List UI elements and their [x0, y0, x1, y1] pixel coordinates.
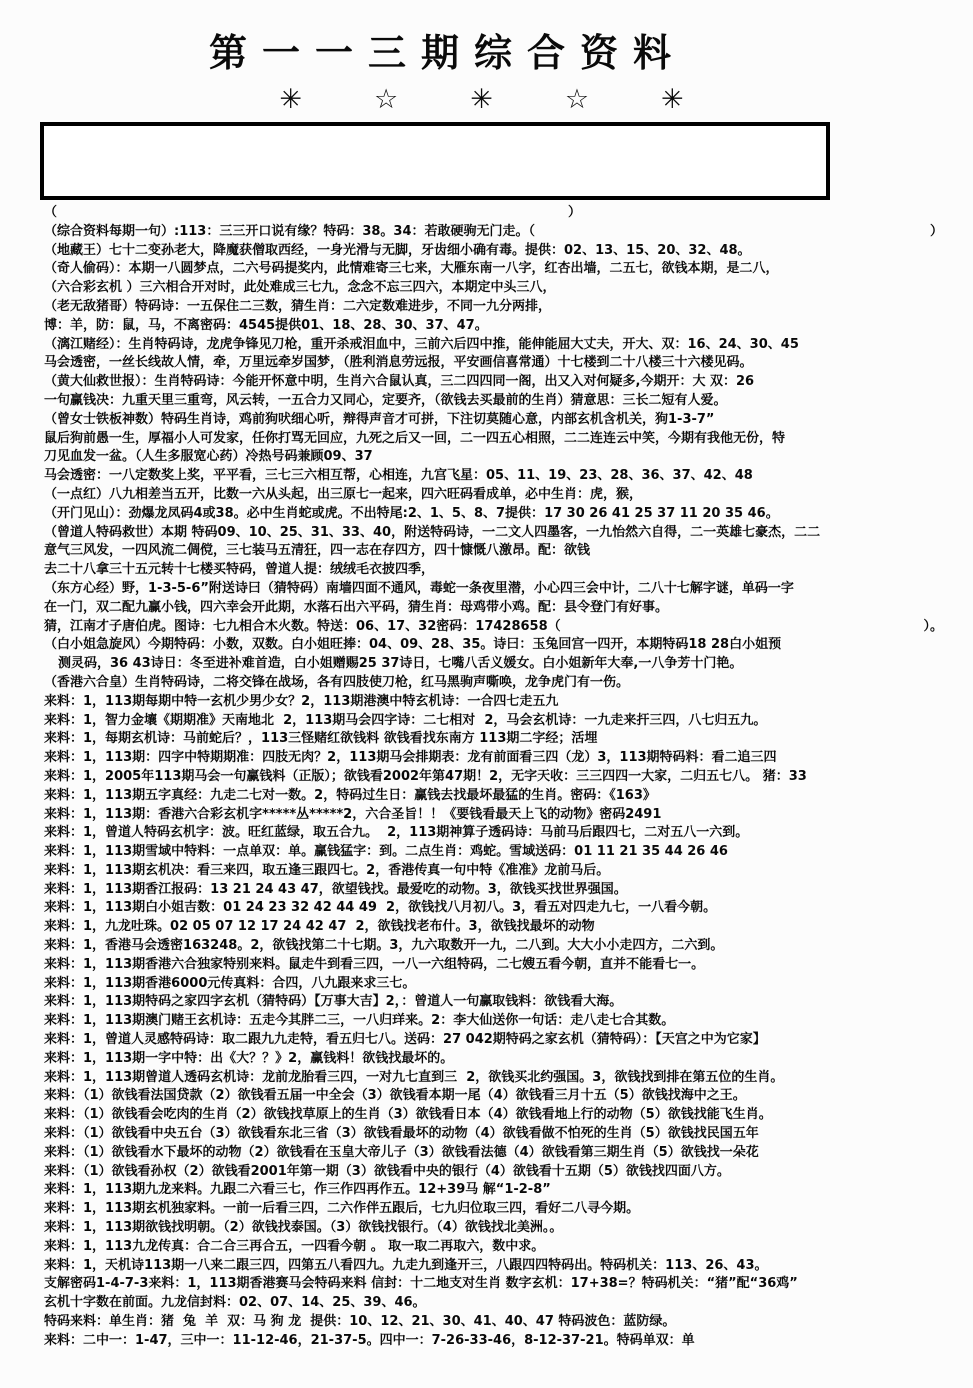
- text-line: 来料：1，113期每期中特一玄机少男少女？2，113期港澳中特玄机诗：一合四七走…: [44, 693, 973, 712]
- page-title: 第一一三期综合资料: [0, 26, 973, 80]
- text-line: （地藏王）七十二变孙老大，降魔获僧取西经，一身光滑与无脚，牙齿细小确有毒。提供：…: [44, 242, 973, 261]
- line-text: （奇人偷码）：本期一八圆梦点，二六号码提奖内，此情难寄三七来，大雁东南一八字，红…: [44, 260, 779, 279]
- text-line: 来料：1，113期曾道人透码玄机诗：龙前龙胎看三四，一对九七直到三 2，欲钱买北…: [44, 1069, 973, 1088]
- text-line: 来料：（1）欲钱看法国贷款（2）欲钱看五届一中全会（3）欲钱看本期一尾（4）欲钱…: [44, 1087, 973, 1106]
- line-text: 来料：（1）欲钱看法国贷款（2）欲钱看五届一中全会（3）欲钱看本期一尾（4）欲钱…: [44, 1087, 746, 1106]
- line-text: 来料：1，113期香港六合独家特别来料。鼠走牛到看三四，一八一六组特码，二七嫂五…: [44, 956, 704, 975]
- line-text: （: [44, 204, 57, 223]
- line-text: 马会透密：一八定数奖上奖，平平看，三七三六相互帮，心相连，九宫飞星：05、11、…: [44, 467, 753, 486]
- text-line: （）: [44, 204, 973, 223]
- line-text: 来料：1，113期白小姐吉数：01 24 23 32 42 44 49 2，欲钱…: [44, 899, 716, 918]
- line-text: 特码来料：单生肖：猪 兔 羊 双：马 狗 龙 提供：10、12、21、30、41…: [44, 1313, 675, 1332]
- text-line: 来料：1，113期九龙来料。九跟二六看三七，作三作四再作五。12+39马 解“1…: [44, 1181, 973, 1200]
- text-line: 博：羊，防：鼠，马，不离密码：4545提供01、18、28、30、37、47。: [44, 317, 973, 336]
- asterisk-icon: ✳: [279, 86, 302, 113]
- line-text: 来料：1，113九龙传真：合二合三再合五，一四看今朝 。 取一取二再取六，数中求…: [44, 1238, 544, 1257]
- text-line: 测灵码，36 43诗日：冬至进补难首造，白小姐赠赐25 37诗日，七嘴八舌义媛女…: [44, 655, 973, 674]
- line-text: 来料：1，113期澳门赌王玄机诗：五走今其胖二三，一八归珜来。2：李大仙送你一句…: [44, 1012, 674, 1031]
- line-text: 来料：1，113期特码之家四字玄机（猜特码）【万事大吉】2，：曾道人一句赢取钱料…: [44, 993, 622, 1012]
- text-line: 来料：1，113九龙传真：合二合三再合五，一四看今朝 。 取一取二再取六，数中求…: [44, 1238, 973, 1257]
- line-text: 意气三风发，一四风流二倜傥，三七装马五清狂，四一志在存四方，四十慷慨八激昂。配：…: [44, 542, 590, 561]
- text-line: 来料：1，113期：香港六合彩玄机字*****丛*****2，六合圣旨！！《要钱…: [44, 806, 973, 825]
- line-text: 鼠后狗前愚一生，厚福小人可发家，任你打骂无回应，九死之后又一回，二一四五心相照，…: [44, 430, 785, 449]
- line-text: （白小姐急旋风）今期特码：小数，双数。白小姐旺捧：04、09、28、35。诗曰：…: [44, 636, 781, 655]
- content-lines: （）（综合资料每期一句）:113：三三开口说有缘？特码：38。34：若敢硬驹无门…: [44, 204, 973, 1351]
- star-icon: ☆: [565, 86, 589, 113]
- line-text: 来料：1，113期曾道人透码玄机诗：龙前龙胎看三四，一对九七直到三 2，欲钱买北…: [44, 1069, 783, 1088]
- line-text: 来料：（1）欲钱看会吃肉的生肖（2）欲钱找草原上的生肖（3）欲钱看日本（4）欲钱…: [44, 1106, 772, 1125]
- line-text: 来料：1，113期欲钱找明朝。（2）欲钱找泰国。（3）欲钱找银行。（4）欲钱找北…: [44, 1219, 562, 1238]
- text-line: 来料：1，天机诗113期一八来二跟三四，四第五八看四九。九走九到逢开三，八跟四四…: [44, 1257, 973, 1276]
- line-text: （曾道人特码救世）本期 特码09、10、25、31、33、40，附送特码诗，一二…: [44, 524, 820, 543]
- text-line: 鼠后狗前愚一生，厚福小人可发家，任你打骂无回应，九死之后又一回，二一四五心相照，…: [44, 430, 973, 449]
- line-text: （开门见山）：劲爆龙凤码4或38。必中生肖蛇或虎。不出特尾:2、1、5、8、7提…: [44, 505, 779, 524]
- closing-paren: ）: [568, 204, 581, 223]
- asterisk-icon: ✳: [661, 86, 684, 113]
- text-line: （白小姐急旋风）今期特码：小数，双数。白小姐旺捧：04、09、28、35。诗曰：…: [44, 636, 973, 655]
- line-text: 来料：1，113期玄机独家料。一前一后看三四，二六作伴五跟后，七九归位取三四，看…: [44, 1200, 639, 1219]
- text-line: 来料：1，113期：四字中特期期准：四肢无肉？2，113期马会排期表：龙有前面看…: [44, 749, 973, 768]
- headline-box: [40, 122, 830, 200]
- closing-paren: ）。: [923, 618, 973, 637]
- text-line: （开门见山）：劲爆龙凤码4或38。必中生肖蛇或虎。不出特尾:2、1、5、8、7提…: [44, 505, 973, 524]
- line-text: 来料：1，113期香江报码：13 21 24 43 47，欲望钱找。最爱吃的动物…: [44, 881, 627, 900]
- text-line: 来料：1，香港马会透密163248。2，欲钱找第二十七期。3，九六取数开一九，二…: [44, 937, 973, 956]
- line-text: （曾女士铁板神数）特码生肖诗，鸡前狗吠细心听，辩得声音才可拼，下注切莫随心意，内…: [44, 411, 714, 430]
- star-icon: ☆: [374, 86, 398, 113]
- text-line: 去二十八拿三十五元转十七楼买特码，曾道人提：绒绒毛衣披四季，: [44, 561, 973, 580]
- decor-symbols: ✳☆✳☆✳: [0, 82, 973, 116]
- line-text: 来料：1，香港马会透密163248。2，欲钱找第二十七期。3，九六取数开一九，二…: [44, 937, 723, 956]
- line-text: 来料：1，113期五字真经：九走二七对一数。2，特码过生日：赢钱去找最坏最猛的生…: [44, 787, 656, 806]
- text-line: 来料：1，113期白小姐吉数：01 24 23 32 42 44 49 2，欲钱…: [44, 899, 973, 918]
- text-line: （黄大仙救世报）：生肖特码诗：今能开怀意中明，生肖六合鼠认真，三二四四同一阁，出…: [44, 373, 973, 392]
- line-text: 来料：1，113期一字中特：出《大？？》2，赢钱料！欲钱找最坏的。: [44, 1050, 453, 1069]
- text-line: 来料：1，智力金壤《期期准》天南地北 2，113期马会四字诗：二七相对 2，马会…: [44, 712, 973, 731]
- text-line: （六合彩玄机 ）三六相合开对时，此处难成三七九，念念不忘三四六，本期定中头三八，: [44, 279, 973, 298]
- text-line: 猜，江南才子唐伯虎。图诗：七九相合木火数。特送：06、17、32密码：17428…: [44, 618, 973, 637]
- line-text: 来料：1，113期九龙来料。九跟二六看三七，作三作四再作五。12+39马 解“1…: [44, 1181, 551, 1200]
- line-text: （一点红）八九相差当五开，比数一六从头起，出三原七一起来，四六旺码看成单，必中生…: [44, 486, 642, 505]
- text-line: （一点红）八九相差当五开，比数一六从头起，出三原七一起来，四六旺码看成单，必中生…: [44, 486, 973, 505]
- text-line: 刀见血发一盆。（人生多服宽心药）冷热号码兼顾09、37: [44, 448, 973, 467]
- line-text: 来料：（1）欲钱看中央五台（3）欲钱看东北三省（3）欲钱看最坏的动物（4）欲钱看…: [44, 1125, 759, 1144]
- line-text: 来料：1，2005年113期马会一句赢钱料（正版）；欲钱看2002年第47期！2…: [44, 768, 807, 787]
- text-line: （漓江赌经）：生肖特码诗，龙虎争锋见刀枪，重开杀戒泪血中，三前六后四中推，能伸能…: [44, 336, 973, 355]
- text-line: 来料：1，113期香港6000元传真料：合四，八九跟来求三七。: [44, 975, 973, 994]
- line-text: 猜，江南才子唐伯虎。图诗：七九相合木火数。特送：06、17、32密码：17428…: [44, 618, 561, 637]
- line-text: 来料：1，113期玄机决：看三来四，取五逢三跟四七。2，香港传真一句中特《准准》…: [44, 862, 609, 881]
- text-line: 来料：1，113期特码之家四字玄机（猜特码）【万事大吉】2，：曾道人一句赢取钱料…: [44, 993, 973, 1012]
- line-text: 来料：1，113期：四字中特期期准：四肢无肉？2，113期马会排期表：龙有前面看…: [44, 749, 777, 768]
- document-page: 第一一三期综合资料 ✳☆✳☆✳ （）（综合资料每期一句）:113：三三开口说有缘…: [0, 0, 973, 1351]
- text-line: 来料：1，113期玄机决：看三来四，取五逢三跟四七。2，香港传真一句中特《准准》…: [44, 862, 973, 881]
- line-text: 支解密码1-4-7-3来料：1，113期香港赛马会特码来料 信封：十二地支对生肖…: [44, 1275, 798, 1294]
- text-line: 来料：1，113期玄机独家料。一前一后看三四，二六作伴五跟后，七九归位取三四，看…: [44, 1200, 973, 1219]
- text-line: 来料：1，113期五字真经：九走二七对一数。2，特码过生日：赢钱去找最坏最猛的生…: [44, 787, 973, 806]
- text-line: 来料：二中一：1-47，三中一：11-12-46，21-37-5。四中一：7-2…: [44, 1332, 973, 1351]
- text-line: 来料：（1）欲钱看中央五台（3）欲钱看东北三省（3）欲钱看最坏的动物（4）欲钱看…: [44, 1125, 973, 1144]
- text-line: 在一门，双二配九赢小钱，四六幸会开此期，水落石出六平码，猜生肖：母鸡带小鸡。配：…: [44, 599, 973, 618]
- line-text: 马会透密，一丝长线故人情，牵，万里远牵岁国梦，（胜利消息劳远报，平安画信喜常通）…: [44, 354, 753, 373]
- text-line: 来料：（1）欲钱看水下最坏的动物（2）欲钱看在玉皇大帝儿子（3）欲钱看法德（4）…: [44, 1144, 973, 1163]
- text-line: 一句赢钱决：九重天里三重弯，风云转，一五合力又同心，定要齐，（欲钱去买最前的生肖…: [44, 392, 973, 411]
- asterisk-icon: ✳: [470, 86, 493, 113]
- line-text: 在一门，双二配九赢小钱，四六幸会开此期，水落石出六平码，猜生肖：母鸡带小鸡。配：…: [44, 599, 668, 618]
- line-text: 来料：1，智力金壤《期期准》天南地北 2，113期马会四字诗：二七相对 2，马会…: [44, 712, 766, 731]
- line-text: 来料：（1）欲钱看水下最坏的动物（2）欲钱看在玉皇大帝儿子（3）欲钱看法德（4）…: [44, 1144, 759, 1163]
- text-line: （老无敌猪哥）特码诗：一五保住二三数，猜生肖：二六定数难进步，不同一九分两排，: [44, 298, 973, 317]
- line-text: 刀见血发一盆。（人生多服宽心药）冷热号码兼顾09、37: [44, 448, 373, 467]
- text-line: 来料：1，113期香港六合独家特别来料。鼠走牛到看三四，一八一六组特码，二七嫂五…: [44, 956, 973, 975]
- text-line: 支解密码1-4-7-3来料：1，113期香港赛马会特码来料 信封：十二地支对生肖…: [44, 1275, 973, 1294]
- line-text: 来料：1，113期每期中特一玄机少男少女？2，113期港澳中特玄机诗：一合四七走…: [44, 693, 558, 712]
- line-text: 去二十八拿三十五元转十七楼买特码，曾道人提：绒绒毛衣披四季，: [44, 561, 434, 580]
- line-text: 来料：1，曾道人灵感特码诗：取二跟九九走特，看五归七八。送码：27 042期特码…: [44, 1031, 766, 1050]
- text-line: （香港六合皇）生肖特码诗，二将交锋在战场，各有四肢使刀枪，红马黑驹声嘶唤，龙争虎…: [44, 674, 973, 693]
- line-text: 一句赢钱决：九重天里三重弯，风云转，一五合力又同心，定要齐，（欲钱去买最前的生肖…: [44, 392, 727, 411]
- text-line: 来料：（1）欲钱看会吃肉的生肖（2）欲钱找草原上的生肖（3）欲钱看日本（4）欲钱…: [44, 1106, 973, 1125]
- text-line: 来料：1，曾道人特码玄机字：波。旺红蓝绿，取五合九。 2，113期神算子透码诗：…: [44, 824, 973, 843]
- text-line: （综合资料每期一句）:113：三三开口说有缘？特码：38。34：若敢硬驹无门走。…: [44, 223, 973, 242]
- text-line: 来料：1，113期香江报码：13 21 24 43 47，欲望钱找。最爱吃的动物…: [44, 881, 973, 900]
- line-text: 玄机十字数在前面。九龙信封料：02、07、14、25、39、46。: [44, 1294, 426, 1313]
- text-line: （曾女士铁板神数）特码生肖诗，鸡前狗吠细心听，辩得声音才可拼，下注切莫随心意，内…: [44, 411, 973, 430]
- text-line: 来料：1，113期一字中特：出《大？？》2，赢钱料！欲钱找最坏的。: [44, 1050, 973, 1069]
- text-line: （奇人偷码）：本期一八圆梦点，二六号码提奖内，此情难寄三七来，大雁东南一八字，红…: [44, 260, 973, 279]
- closing-paren: ）: [930, 223, 973, 242]
- line-text: （香港六合皇）生肖特码诗，二将交锋在战场，各有四肢使刀枪，红马黑驹声嘶唤，龙争虎…: [44, 674, 629, 693]
- line-text: （综合资料每期一句）:113：三三开口说有缘？特码：38。34：若敢硬驹无门走。…: [44, 223, 535, 242]
- line-text: （东方心经）野，1-3-5-6”附送诗曰（猜特码）南墙四面不通风，毒蛇一条夜里潜…: [44, 580, 794, 599]
- text-line: 特码来料：单生肖：猪 兔 羊 双：马 狗 龙 提供：10、12、21、30、41…: [44, 1313, 973, 1332]
- line-text: （六合彩玄机 ）三六相合开对时，此处难成三七九，念念不忘三四六，本期定中头三八，: [44, 279, 556, 298]
- text-line: （曾道人特码救世）本期 特码09、10、25、31、33、40，附送特码诗，一二…: [44, 524, 973, 543]
- text-line: 马会透密，一丝长线故人情，牵，万里远牵岁国梦，（胜利消息劳远报，平安画信喜常通）…: [44, 354, 973, 373]
- text-line: 来料：1，113期雪域中特料：一点单双：单。赢钱猛字：到。二点生肖：鸡蛇。雪域送…: [44, 843, 973, 862]
- text-line: 马会透密：一八定数奖上奖，平平看，三七三六相互帮，心相连，九宫飞星：05、11、…: [44, 467, 973, 486]
- line-text: 来料：1，每期玄机诗：马前蛇后？，113三怪赌红欲钱料 欲钱看找东南方 113期…: [44, 730, 597, 749]
- line-text: 来料：（1）欲钱看孙权（2）欲钱看2001年第一期（3）欲钱看中央的银行（4）欲…: [44, 1163, 730, 1182]
- text-line: 来料：1，九龙吐珠。02 05 07 12 17 24 42 47 2，欲钱找老…: [44, 918, 973, 937]
- text-line: 来料：1，113期欲钱找明朝。（2）欲钱找泰国。（3）欲钱找银行。（4）欲钱找北…: [44, 1219, 973, 1238]
- line-text: 来料：1，九龙吐珠。02 05 07 12 17 24 42 47 2，欲钱找老…: [44, 918, 595, 937]
- line-text: （黄大仙救世报）：生肖特码诗：今能开怀意中明，生肖六合鼠认真，三二四四同一阁，出…: [44, 373, 754, 392]
- line-text: 来料：二中一：1-47，三中一：11-12-46，21-37-5。四中一：7-2…: [44, 1332, 695, 1351]
- line-text: 来料：1，天机诗113期一八来二跟三四，四第五八看四九。九走九到逢开三，八跟四四…: [44, 1257, 768, 1276]
- text-line: 来料：1，每期玄机诗：马前蛇后？，113三怪赌红欲钱料 欲钱看找东南方 113期…: [44, 730, 973, 749]
- text-line: 意气三风发，一四风流二倜傥，三七装马五清狂，四一志在存四方，四十慷慨八激昂。配：…: [44, 542, 973, 561]
- text-line: 来料：1，2005年113期马会一句赢钱料（正版）；欲钱看2002年第47期！2…: [44, 768, 973, 787]
- line-text: 来料：1，113期雪域中特料：一点单双：单。赢钱猛字：到。二点生肖：鸡蛇。雪域送…: [44, 843, 728, 862]
- line-text: 博：羊，防：鼠，马，不离密码：4545提供01、18、28、30、37、47。: [44, 317, 488, 336]
- line-text: 来料：1，曾道人特码玄机字：波。旺红蓝绿，取五合九。 2，113期神算子透码诗：…: [44, 824, 748, 843]
- line-text: 来料：1，113期：香港六合彩玄机字*****丛*****2，六合圣旨！！《要钱…: [44, 806, 661, 825]
- text-line: 玄机十字数在前面。九龙信封料：02、07、14、25、39、46。: [44, 1294, 973, 1313]
- text-line: 来料：1，113期澳门赌王玄机诗：五走今其胖二三，一八归珜来。2：李大仙送你一句…: [44, 1012, 973, 1031]
- line-text: （地藏王）七十二变孙老大，降魔获僧取西经，一身光滑与无脚，牙齿细小确有毒。提供：…: [44, 242, 751, 261]
- text-line: 来料：1，曾道人灵感特码诗：取二跟九九走特，看五归七八。送码：27 042期特码…: [44, 1031, 973, 1050]
- line-text: （漓江赌经）：生肖特码诗，龙虎争锋见刀枪，重开杀戒泪血中，三前六后四中推，能伸能…: [44, 336, 799, 355]
- line-text: （老无敌猪哥）特码诗：一五保住二三数，猜生肖：二六定数难进步，不同一九分两排，: [44, 298, 551, 317]
- line-text: 来料：1，113期香港6000元传真料：合四，八九跟来求三七。: [44, 975, 415, 994]
- text-line: （东方心经）野，1-3-5-6”附送诗曰（猜特码）南墙四面不通风，毒蛇一条夜里潜…: [44, 580, 973, 599]
- text-line: 来料：（1）欲钱看孙权（2）欲钱看2001年第一期（3）欲钱看中央的银行（4）欲…: [44, 1163, 973, 1182]
- line-text: 测灵码，36 43诗日：冬至进补难首造，白小姐赠赐25 37诗日，七嘴八舌义媛女…: [58, 655, 742, 674]
